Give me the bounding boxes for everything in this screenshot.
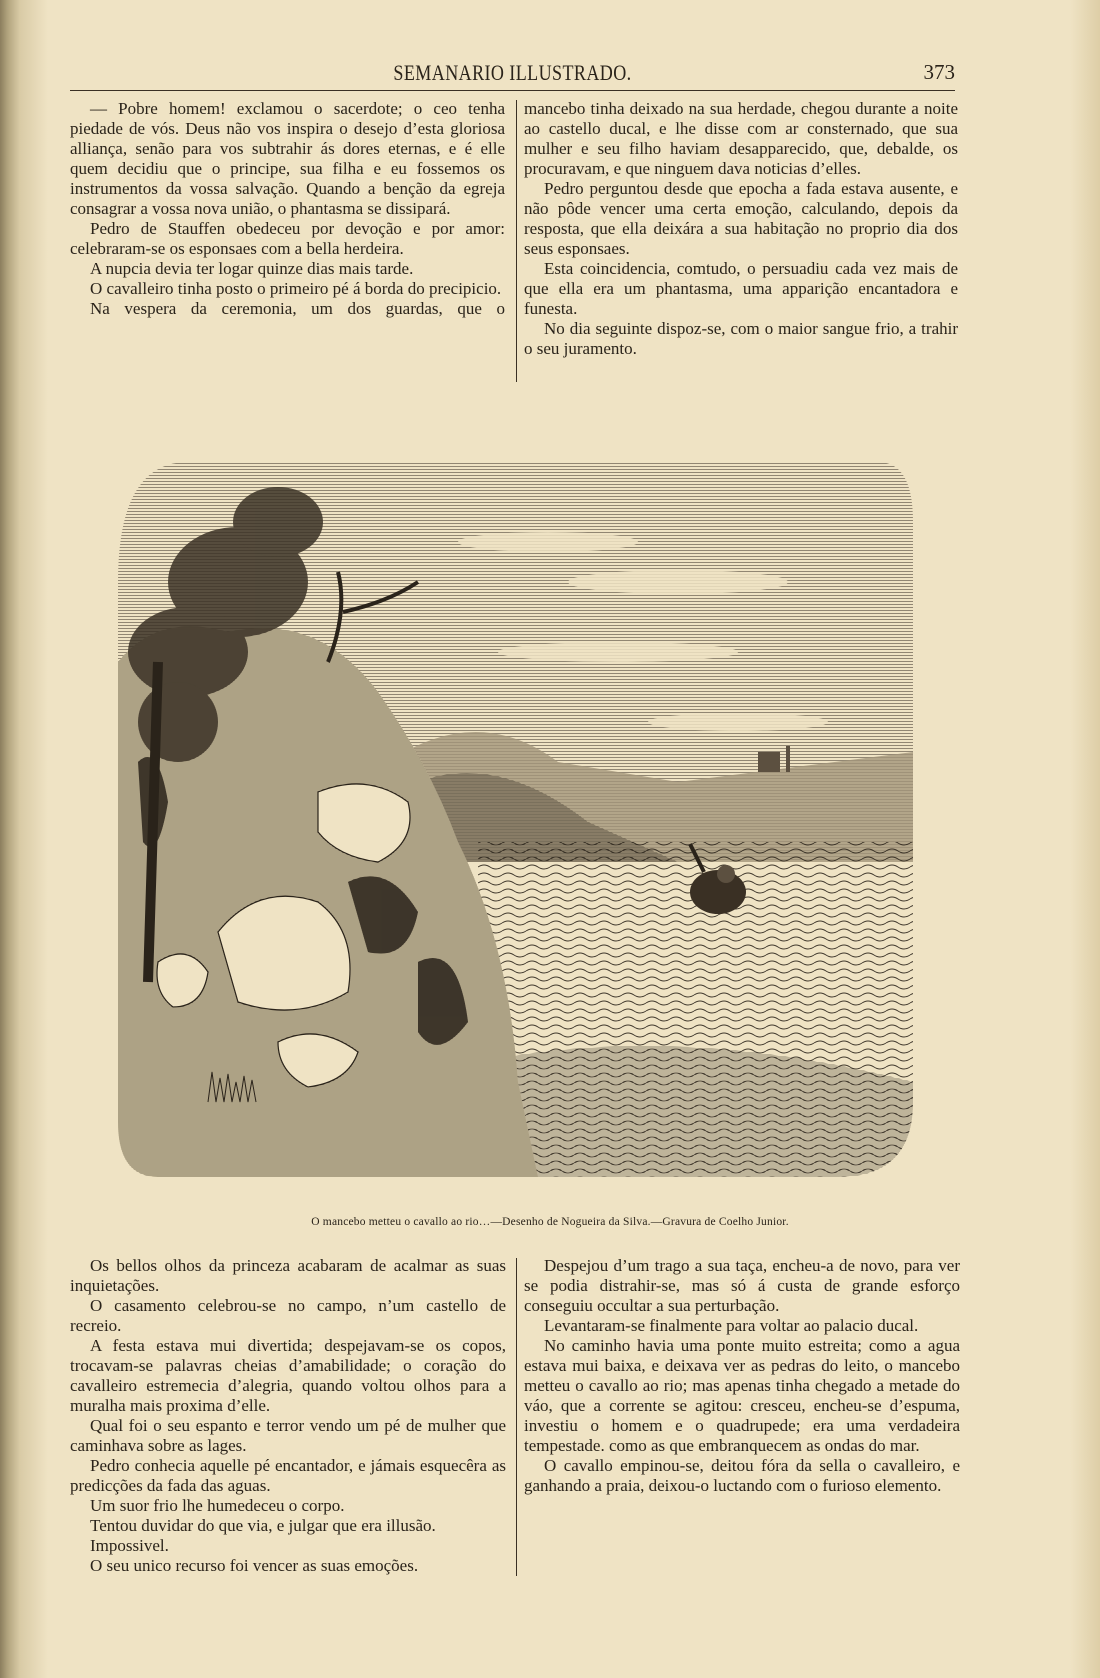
top-left-column: — Pobre homem! exclamou o sacerdote; o c… xyxy=(70,99,505,319)
paragraph: Tentou duvidar do que via, e julgar que … xyxy=(70,1516,506,1536)
paragraph: O casamento celebrou-se no campo, n’um c… xyxy=(70,1296,506,1336)
bottom-left-column: Os bellos olhos da princeza acabaram de … xyxy=(70,1256,506,1576)
paragraph: No dia seguinte dispoz-se, com o maior s… xyxy=(524,319,958,359)
paragraph: Impossivel. xyxy=(70,1536,506,1556)
paragraph: — Pobre homem! exclamou o sacerdote; o c… xyxy=(70,99,505,219)
running-header: SEMANARIO ILLUSTRADO. 373 xyxy=(70,58,955,91)
journal-title: SEMANARIO ILLUSTRADO. xyxy=(150,60,876,86)
paragraph: Pedro perguntou desde que epocha a fada … xyxy=(524,179,958,259)
paragraph: Pedro de Stauffen obedeceu por devoção e… xyxy=(70,219,505,259)
paragraph: O seu unico recurso foi vencer as suas e… xyxy=(70,1556,506,1576)
paragraph: Pedro conhecia aquelle pé encantador, e … xyxy=(70,1456,506,1496)
top-right-column: mancebo tinha deixado na sua herdade, ch… xyxy=(524,99,958,359)
paragraph: Um suor frio lhe humedeceu o corpo. xyxy=(70,1496,506,1516)
paragraph: Qual foi o seu espanto e terror vendo um… xyxy=(70,1416,506,1456)
illustration-caption: O mancebo metteu o cavallo ao rio…—Desen… xyxy=(0,1216,1100,1228)
paragraph: mancebo tinha deixado na sua herdade, ch… xyxy=(524,99,958,179)
page-number: 373 xyxy=(924,60,956,85)
paragraph: Na vespera da ceremonia, um dos guardas,… xyxy=(70,299,505,319)
paragraph: No caminho havia uma ponte muito estreit… xyxy=(524,1336,960,1456)
paragraph: Despejou d’um trago a sua taça, encheu-a… xyxy=(524,1256,960,1316)
paragraph: A nupcia devia ter logar quinze dias mai… xyxy=(70,259,505,279)
paragraph: Os bellos olhos da princeza acabaram de … xyxy=(70,1256,506,1296)
engraving-illustration xyxy=(118,462,913,1177)
column-divider xyxy=(516,100,517,382)
paragraph: A festa estava mui divertida; despejavam… xyxy=(70,1336,506,1416)
paragraph: O cavalleiro tinha posto o primeiro pé á… xyxy=(70,279,505,299)
paragraph: Esta coincidencia, comtudo, o persuadiu … xyxy=(524,259,958,319)
column-divider xyxy=(516,1258,517,1576)
paragraph: O cavallo empinou-se, deitou fóra da sel… xyxy=(524,1456,960,1496)
paragraph: Levantaram-se finalmente para voltar ao … xyxy=(524,1316,960,1336)
bottom-right-column: Despejou d’um trago a sua taça, encheu-a… xyxy=(524,1256,960,1496)
